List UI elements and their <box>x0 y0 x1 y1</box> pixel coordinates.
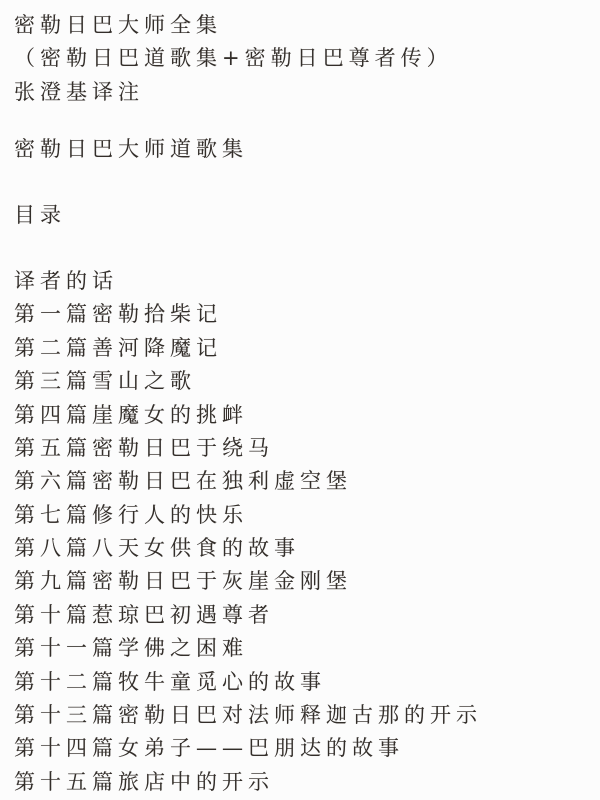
book-title: 密勒日巴大师全集 <box>14 9 590 42</box>
document-page: 密勒日巴大师全集 （密勒日巴道歌集+密勒日巴尊者传） 张澄基译注 密勒日巴大师道… <box>0 0 600 800</box>
blank-spacer <box>14 109 590 133</box>
translator-line: 张澄基译注 <box>14 76 590 109</box>
toc-entry: 第二篇善河降魔记 <box>14 332 590 365</box>
toc-entry: 第五篇密勒日巴于绕马 <box>14 432 590 465</box>
toc-entry: 第十一篇学佛之困难 <box>14 632 590 665</box>
toc-entry: 第十三篇密勒日巴对法师释迦古那的开示 <box>14 699 590 732</box>
book-subtitle: （密勒日巴道歌集+密勒日巴尊者传） <box>14 42 590 75</box>
toc-entry: 译者的话 <box>14 265 590 298</box>
toc-entry: 第七篇修行人的快乐 <box>14 499 590 532</box>
blank-spacer <box>14 232 590 265</box>
toc-entry: 第十四篇女弟子——巴朋达的故事 <box>14 732 590 765</box>
toc-entry: 第十五篇旅店中的开示 <box>14 766 590 799</box>
toc-entry: 第十二篇牧牛童觅心的故事 <box>14 666 590 699</box>
toc-entry: 第四篇崖魔女的挑衅 <box>14 399 590 432</box>
toc-entry: 第十篇惹琼巴初遇尊者 <box>14 599 590 632</box>
toc-entry: 第三篇雪山之歌 <box>14 365 590 398</box>
toc-entry: 第八篇八天女供食的故事 <box>14 532 590 565</box>
toc-list: 译者的话 第一篇密勒拾柴记 第二篇善河降魔记 第三篇雪山之歌 第四篇崖魔女的挑衅… <box>14 265 590 799</box>
volume-title: 密勒日巴大师道歌集 <box>14 133 590 166</box>
toc-entry: 第六篇密勒日巴在独利虚空堡 <box>14 465 590 498</box>
toc-entry: 第一篇密勒拾柴记 <box>14 298 590 331</box>
toc-heading: 目录 <box>14 199 590 232</box>
blank-spacer <box>14 167 590 199</box>
document-header: 密勒日巴大师全集 （密勒日巴道歌集+密勒日巴尊者传） 张澄基译注 <box>14 9 590 109</box>
toc-entry: 第九篇密勒日巴于灰崖金刚堡 <box>14 565 590 598</box>
